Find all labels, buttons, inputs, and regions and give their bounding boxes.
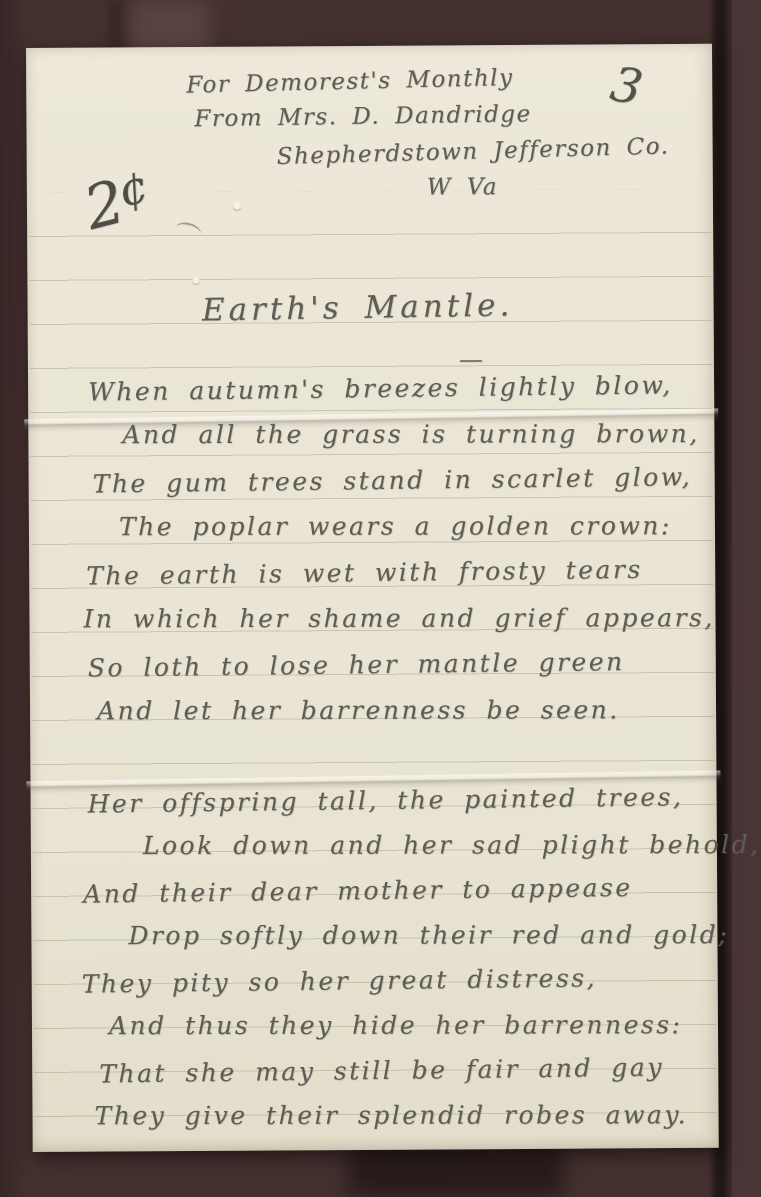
poem-line: So loth to lose her mantle green bbox=[88, 638, 717, 692]
poem-line: And all the grass is turning brown, bbox=[122, 411, 714, 458]
background-shadow-left bbox=[0, 0, 30, 1197]
poem-stanza-2: Her offspring tall, the painted trees, L… bbox=[30, 776, 718, 1140]
poem-line: In which her shame and grief appears, bbox=[83, 595, 715, 642]
letter-page: For Demorest's Monthly From Mrs. D. Dand… bbox=[26, 44, 719, 1152]
poem-line: The earth is wet with frosty tears bbox=[86, 546, 716, 600]
photo-background: For Demorest's Monthly From Mrs. D. Dand… bbox=[0, 0, 761, 1197]
poem-line: And let her barrenness be seen. bbox=[97, 687, 716, 734]
poem-line: When autumn's breezes lightly blow, bbox=[88, 362, 715, 416]
background-shadow-bottom bbox=[348, 1142, 563, 1197]
poem-line: That she may still be fair and gay bbox=[99, 1044, 719, 1097]
poem-title: Earth's Mantle. bbox=[147, 286, 568, 329]
poem-stanza-1: When autumn's breezes lightly blow, And … bbox=[28, 364, 716, 736]
background-right-edge bbox=[732, 0, 761, 1197]
paper-blemish bbox=[192, 277, 199, 284]
poem-line: Look down and her sad plight behold, bbox=[143, 822, 717, 868]
poem-line: Drop softly down their red and gold; bbox=[128, 912, 717, 958]
poem-line: Her offspring tall, the painted trees, bbox=[87, 774, 717, 827]
poem-line: And their dear mother to appease bbox=[83, 864, 718, 917]
poem-line: They give their splendid robes away. bbox=[94, 1092, 718, 1138]
pencil-stray-mark bbox=[173, 220, 202, 242]
poem-line: They pity so her great distress, bbox=[81, 954, 718, 1007]
header-state-line: W Va bbox=[427, 168, 713, 206]
poem-line: The gum trees stand in scarlet glow, bbox=[92, 454, 715, 508]
poem-line: The poplar wears a golden crown: bbox=[119, 503, 715, 550]
poem-line: And thus they hide her barrenness: bbox=[109, 1002, 718, 1048]
